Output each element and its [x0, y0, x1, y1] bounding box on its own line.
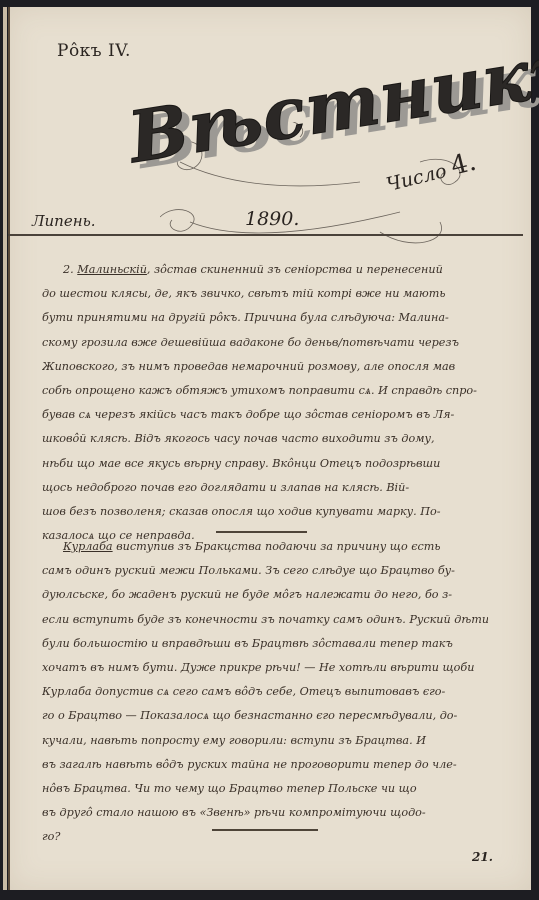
article-line: если вступить буде зъ конечности зъ поча… — [42, 608, 488, 632]
article-line: дуюлсьске, бо жаденъ руский не буде мôгъ… — [42, 583, 488, 607]
article-line: шковôй клясѣ. Відъ якогось часу почав ча… — [42, 427, 488, 451]
masthead-title: Вѣстникъ Вѣстникъ — [100, 62, 470, 222]
page-number: 21. — [472, 850, 493, 864]
binding-spine-line — [8, 7, 10, 890]
article-line: Курлаба виступив зъ Бракцства подаючи за… — [42, 535, 488, 559]
article-line: въ другô стало нашою въ «Звенѣ» рѣчи ком… — [42, 801, 488, 825]
article-subject-name: Малиньскій — [77, 263, 147, 276]
year-label: 1890. — [245, 208, 299, 230]
page-edge — [3, 7, 7, 890]
volume-label: Рôкъ IV. — [57, 41, 131, 61]
article-line: самъ одинъ руский межи Польками. Зъ сего… — [42, 559, 488, 583]
article-line: щось недоброго почав его доглядати и зла… — [42, 476, 488, 500]
article-number: 2. — [63, 263, 74, 276]
article-line: нôвъ Брацтва. Чи то чему що Брацтво тепе… — [42, 777, 488, 801]
article-line: Жиповского, зъ нимъ проведав немарочний … — [42, 355, 488, 379]
article-line: собѣ опрощено кажъ обтяжъ утихомъ поправ… — [42, 379, 488, 403]
article-line: го о Брацтво — Показалосѧ що безнастанно… — [42, 704, 488, 728]
article-kurlaba: Курлаба виступив зъ Бракцства подаючи за… — [42, 535, 488, 850]
article-line: нѣби що мае все якусь вѣрну справу. Вкôн… — [42, 452, 488, 476]
article-line: кучали, навѣть попросту ему говорили: вс… — [42, 729, 488, 753]
article-line: бував сѧ черезъ якійсь часъ такъ добре щ… — [42, 403, 488, 427]
article-line: були большостію и вправдѣши въ Брацтвѣ з… — [42, 632, 488, 656]
article-line: хочатъ въ нимъ бути. Дуже прикре рѣчи! —… — [42, 656, 488, 680]
article-line: въ загалѣ навѣть вôдъ руских тайна не пр… — [42, 753, 488, 777]
article-line: бути принятими на другій рôкъ. Причина б… — [42, 306, 488, 330]
month-label: Липень. — [32, 212, 96, 230]
section-divider — [216, 531, 307, 533]
header-rule — [8, 234, 523, 236]
article-malynskyi: 2. Малиньскій, зôстав скиненний зъ сеніо… — [42, 258, 488, 548]
article-subject-name: Курлаба — [63, 540, 113, 553]
article-line: Курлаба допустив сѧ сего самъ вôдъ себе,… — [42, 680, 488, 704]
article-line: шов безъ позволеня; сказав опосля що ход… — [42, 500, 488, 524]
article-line: до шестои клясы, де, якъ звичко, свѣтъ т… — [42, 282, 488, 306]
section-divider — [212, 829, 318, 831]
article-line: 2. Малиньскій, зôстав скиненний зъ сеніо… — [42, 258, 488, 282]
article-line: скому грозила вже дешевійша вадаконе бо … — [42, 331, 488, 355]
